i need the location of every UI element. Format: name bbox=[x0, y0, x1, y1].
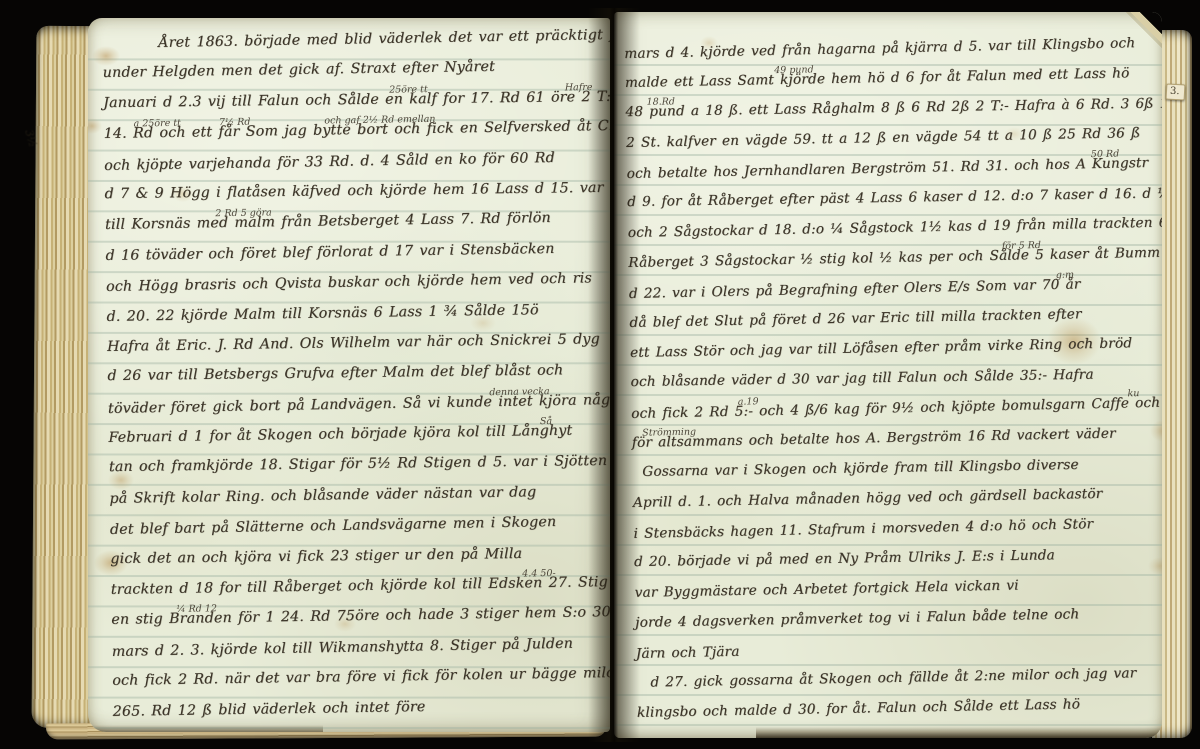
handwriting-text: var Byggmästare och Arbetet fortgick Hel… bbox=[635, 578, 1019, 601]
interline-annotation: Strömming bbox=[642, 428, 696, 439]
handwriting-text: i Stensbäcks hagen 11. Stafrum i morsved… bbox=[633, 516, 1093, 542]
handwriting-text: mars d 2. 3. kjörde kol till Wikmanshytt… bbox=[112, 636, 574, 660]
handwriting-text: mars d 4. kjörde ved från hagarna på kjä… bbox=[624, 35, 1135, 62]
interline-annotation: a.19 bbox=[738, 397, 759, 407]
handwriting-text: och betalte hos Jernhandlaren Bergström … bbox=[626, 155, 1148, 182]
handwriting-text: på Skrift kolar Ring. och blåsande väder… bbox=[109, 484, 536, 507]
interline-annotation: 50 Rd bbox=[1091, 150, 1120, 161]
worn-bottom-edge bbox=[88, 725, 323, 732]
handwriting-text: d 27. gick gossarna åt Skogen och fällde… bbox=[650, 665, 1136, 690]
interline-annotation: denna vecka bbox=[489, 387, 550, 398]
handwriting-text: malde ett Lass Samt kjörde hem hö d 6 fo… bbox=[625, 65, 1130, 91]
handwriting-text: d 26 var till Betsbergs Grufva efter Mal… bbox=[107, 363, 563, 385]
handwriting-text: Januari d 2.3 vij till Falun och Sålde e… bbox=[103, 89, 610, 111]
handwriting-text: 265. Rd 12 ß blid väderlek och intet för… bbox=[113, 699, 426, 720]
interline-annotation: 2 Rd 5 göra bbox=[215, 209, 272, 220]
handwriting-text: tan och framkjörde 18. Stigar för 5½ Rd … bbox=[109, 453, 608, 475]
handwriting-text: för altsammans och betalte hos A. Bergst… bbox=[632, 426, 1116, 451]
handwriting-text: d 22. var i Olers på Begrafning efter Ol… bbox=[629, 276, 1081, 302]
handwriting-text: d. 20. 22 kjörde Malm till Korsnäs 6 Las… bbox=[106, 302, 538, 325]
handwriting-text: Järn och Tjära bbox=[636, 644, 740, 662]
right-page: mars d 4. kjörde ved från hagarna på kjä… bbox=[614, 12, 1162, 738]
left-page: Året 1863. började med blid väderlek det… bbox=[88, 18, 610, 732]
interline-annotation: Så bbox=[540, 417, 552, 427]
handwriting-text: d 16 töväder och föret blef förlorat d 1… bbox=[105, 241, 554, 264]
handwriting-text: Februari d 1 for åt Skogen och började k… bbox=[108, 423, 572, 446]
interline-annotation: ku bbox=[1127, 389, 1139, 399]
handwriting-text: och fick 2 Rd 5:- och 4 ß/6 kag för 9½ o… bbox=[631, 394, 1162, 422]
handwriting-text: Året 1863. började med blid väderlek det… bbox=[158, 26, 610, 51]
handwriting-text: och blåsande väder d 30 var jag till Fal… bbox=[630, 367, 1093, 390]
interline-annotation: a 25öre tt bbox=[134, 119, 181, 130]
interline-annotation: g:m bbox=[1056, 271, 1075, 281]
handwriting-text: Gossarna var i Skogen och kjörde fram ti… bbox=[642, 457, 1079, 480]
handwriting-text: gick det an och kjöra vi fick 23 stiger … bbox=[110, 546, 522, 567]
interline-annotation: för 5 Rd bbox=[1002, 241, 1041, 252]
handwriting-text: till Korsnäs med malm från Betsberget 4 … bbox=[105, 210, 551, 233]
interline-annotation: 25öre tt bbox=[389, 85, 428, 95]
handwriting-text: ett Lass Stör och jag var till Löfåsen e… bbox=[630, 335, 1132, 361]
interline-annotation: 18.Rd bbox=[647, 97, 676, 107]
handwriting-line: 265. Rd 12 ß blid väderlek och intet för… bbox=[113, 689, 610, 727]
handwriting-text: Hafra åt Eric. J. Rd And. Ols Wilhelm va… bbox=[107, 331, 600, 355]
interline-annotation: 7½ Rd bbox=[219, 118, 251, 128]
handwriting-text: Råberget 3 Sågstockar ½ stig kol ½ kas p… bbox=[628, 245, 1160, 271]
handwriting-text: under Helgden men det gick af. Straxt ef… bbox=[103, 59, 496, 81]
handwriting-text: klingsbo och malde d 30. for åt. Falun o… bbox=[637, 696, 1080, 721]
handwriting-text: jorde 4 dagsverken pråmverket tog vi i F… bbox=[635, 606, 1079, 631]
handwriting-text: och fick 2 Rd. när det var bra före vi f… bbox=[112, 665, 610, 689]
right-page-text: mars d 4. kjörde ved från hagarna på kjä… bbox=[624, 28, 1162, 728]
page-number-tab: 3. bbox=[1166, 84, 1185, 101]
handwriting-text: och 2 Sågstockar d 18. d:o ¼ Sågstock 1½… bbox=[628, 213, 1162, 241]
interline-annotation: 49 pund bbox=[774, 65, 814, 76]
handwriting-text: Aprill d. 1. och Halva månaden högg ved … bbox=[633, 486, 1103, 511]
handwriting-text: d 7 & 9 Högg i flatåsen käfved och kjörd… bbox=[105, 180, 604, 202]
handwriting-text: d 9. for åt Råberget efter päst 4 Lass 6… bbox=[627, 185, 1162, 210]
left-page-text: Året 1863. började med blid väderlek det… bbox=[102, 20, 610, 727]
interline-annotation: 4.4 50- bbox=[522, 569, 556, 580]
handwriting-text: och Högg brasris och Qvista buskar och k… bbox=[106, 270, 592, 295]
worn-bottom-edge bbox=[756, 727, 1162, 738]
diary-scan: Året 1863. började med blid väderlek det… bbox=[0, 0, 1200, 749]
handwriting-text: då blef det Slut på föret d 26 var Eric … bbox=[629, 306, 1081, 331]
interline-annotation: Hafre bbox=[565, 83, 593, 93]
interline-annotation: ¼ Rd 12 bbox=[176, 605, 217, 616]
handwriting-text: 48 pund a 18 ß. ett Lass Råghalm 8 ß 6 R… bbox=[625, 95, 1162, 120]
stain bbox=[88, 118, 102, 134]
handwriting-text: d 20. började vi på med en Ny Pråm Ulrik… bbox=[634, 547, 1055, 570]
interline-annotation: och gaf 2½ Rd emellan bbox=[324, 115, 435, 127]
handwriting-text: och kjöpte varjehanda för 33 Rd. d. 4 Så… bbox=[104, 150, 555, 174]
handwriting-text: 2 St. kalfver en vägde 59. tt a 12 ß en … bbox=[626, 125, 1141, 151]
folded-corner bbox=[1123, 12, 1162, 51]
handwriting-text: det blef bart på Slätterne och Landsväga… bbox=[110, 514, 557, 538]
